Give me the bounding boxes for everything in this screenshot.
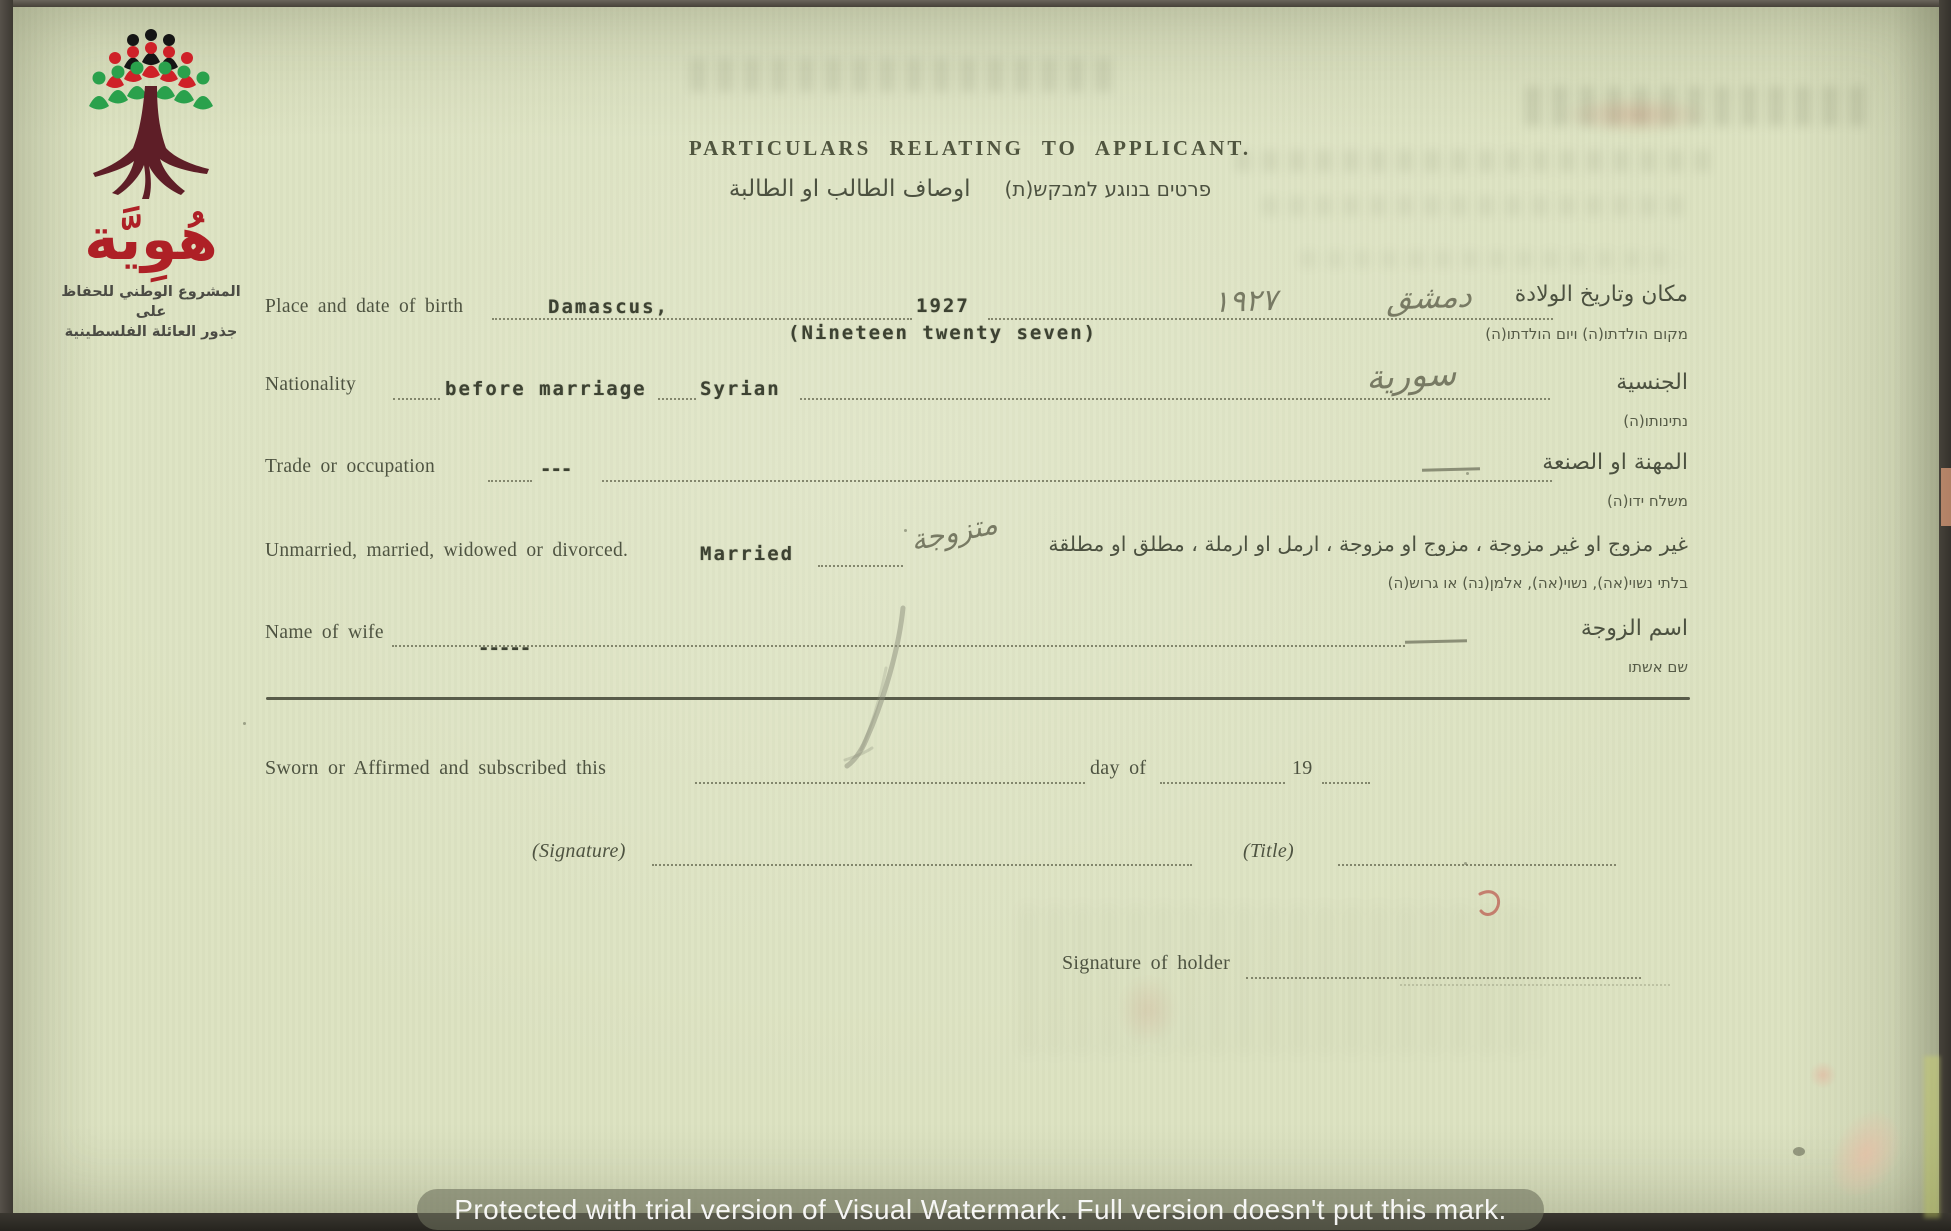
label-ar-name-of-wife: اسم الزوجة — [1581, 616, 1688, 641]
title-label: (Title) — [1243, 840, 1294, 863]
label-he-name-of-wife: שם אשתו — [1628, 658, 1688, 676]
scanned-document: هُوِيَّة المشروع الوطني للحفاظ على جذور … — [0, 0, 1951, 1231]
label-place-date-of-birth: Place and date of birth — [265, 296, 463, 318]
label-ar-trade-occupation: المهنة او الصنعة — [1542, 450, 1688, 475]
ink-speck — [904, 529, 907, 532]
label-he-place-date-of-birth: מקום הולדתו(ה) ויום הולדתו(ה) — [1485, 325, 1688, 343]
handwritten-birth-year: ١٩٢٧ — [1212, 283, 1278, 320]
typed-wife-name: ----- — [478, 637, 530, 659]
typed-trade: --- — [540, 458, 571, 480]
label-he-marital-status: בלתי נשוי(אה), נשוי(אה), אלמן(נה) או גרו… — [1388, 574, 1688, 592]
signature-of-holder-label: Signature of holder — [1062, 952, 1230, 975]
logo-tagline: المشروع الوطني للحفاظ على جذور العائلة ا… — [46, 282, 256, 343]
typed-birth-place: Damascus, — [548, 296, 669, 318]
handwritten-birth-place: دمشق — [1386, 279, 1474, 318]
label-he-nationality: נתינותו(ה) — [1623, 412, 1688, 430]
dotted-line — [602, 480, 1552, 482]
dotted-line — [1338, 864, 1616, 866]
scan-edge-left — [0, 0, 13, 1231]
dotted-line — [800, 398, 1550, 400]
ink-speck — [243, 722, 246, 725]
dotted-line — [988, 318, 1553, 320]
tree-of-people-icon — [84, 28, 218, 206]
logo-tagline-line2: جذور العائلة الفلسطينية — [46, 322, 256, 342]
red-ink-bleed — [1118, 975, 1178, 1045]
form-subtitle-hebrew: פרטים בנוגע למבקש(ת) — [1005, 177, 1212, 201]
label-marital-status: Unmarried, married, widowed or divorced. — [265, 540, 628, 562]
scan-edge-right — [1939, 0, 1951, 1231]
bleed-through-dotted-line — [1400, 984, 1670, 986]
watermark-bar: Protected with trial version of Visual W… — [417, 1189, 1544, 1230]
typed-marital-status: Married — [700, 543, 794, 565]
form-title: PARTICULARS RELATING TO APPLICANT. — [565, 136, 1375, 161]
dotted-line — [695, 782, 1085, 784]
dotted-line — [393, 398, 440, 400]
scan-edge-top — [0, 0, 1951, 7]
ink-speck — [1464, 862, 1467, 865]
label-ar-marital-status: غير مزوج او غير مزوجة ، مزوج او مزوجة ، … — [1048, 532, 1688, 556]
typed-birth-year: 1927 — [916, 295, 970, 317]
label-ar-nationality: الجنسية — [1616, 370, 1688, 395]
watermark-text: Protected with trial version of Visual W… — [454, 1194, 1506, 1226]
typed-birth-year-words: (Nineteen twenty seven) — [788, 322, 1097, 344]
typed-nationality-qualifier: before marriage — [445, 378, 647, 400]
red-ink-bleed — [1560, 95, 1710, 135]
dotted-line — [1322, 782, 1370, 784]
dotted-line — [392, 645, 1405, 647]
bleed-through-smudge — [1020, 905, 1540, 1055]
dotted-line — [1160, 782, 1285, 784]
form-subtitle-arabic: اوصاف الطالب او الطالبة — [729, 176, 971, 202]
handwritten-nationality: سورية — [1365, 354, 1457, 399]
scan-edge-stain — [1941, 468, 1951, 526]
sworn-statement-text: Sworn or Affirmed and subscribed this — [265, 757, 606, 780]
bleed-through-smudge — [1300, 250, 1680, 268]
typed-nationality-value: Syrian — [700, 378, 781, 400]
signature-label: (Signature) — [532, 840, 626, 863]
paper-fold-shadow — [1893, 7, 1939, 1213]
year-prefix: 19 — [1292, 757, 1313, 780]
label-nationality: Nationality — [265, 374, 356, 396]
logo-wordmark: هُوِيَّة — [46, 208, 256, 272]
form-subtitle: اوصاف الطالب او الطالبة פרטים בנוגע למבק… — [565, 176, 1375, 202]
label-trade-occupation: Trade or occupation — [265, 456, 435, 478]
dotted-line — [1246, 977, 1641, 979]
dotted-line — [652, 864, 1192, 866]
label-ar-place-date-of-birth: مكان وتاريخ الولادة — [1515, 282, 1688, 307]
dotted-line — [492, 318, 912, 320]
dotted-line — [818, 565, 903, 567]
ink-speck — [1793, 1147, 1805, 1156]
dotted-line — [658, 398, 696, 400]
label-name-of-wife: Name of wife — [265, 622, 384, 644]
huwiyya-logo: هُوِيَّة المشروع الوطني للحفاظ على جذور … — [46, 28, 256, 343]
scan-edge-streak — [1924, 1056, 1940, 1218]
label-he-trade-occupation: משלח ידו(ה) — [1607, 492, 1688, 510]
ink-speck — [1466, 472, 1469, 475]
day-of-label: day of — [1090, 757, 1146, 780]
logo-tagline-line1: المشروع الوطني للحفاظ على — [46, 282, 256, 323]
bleed-through-smudge — [690, 58, 1120, 92]
section-divider-line — [266, 697, 1690, 700]
dotted-line — [488, 480, 532, 482]
paper-stain — [1810, 1062, 1836, 1088]
